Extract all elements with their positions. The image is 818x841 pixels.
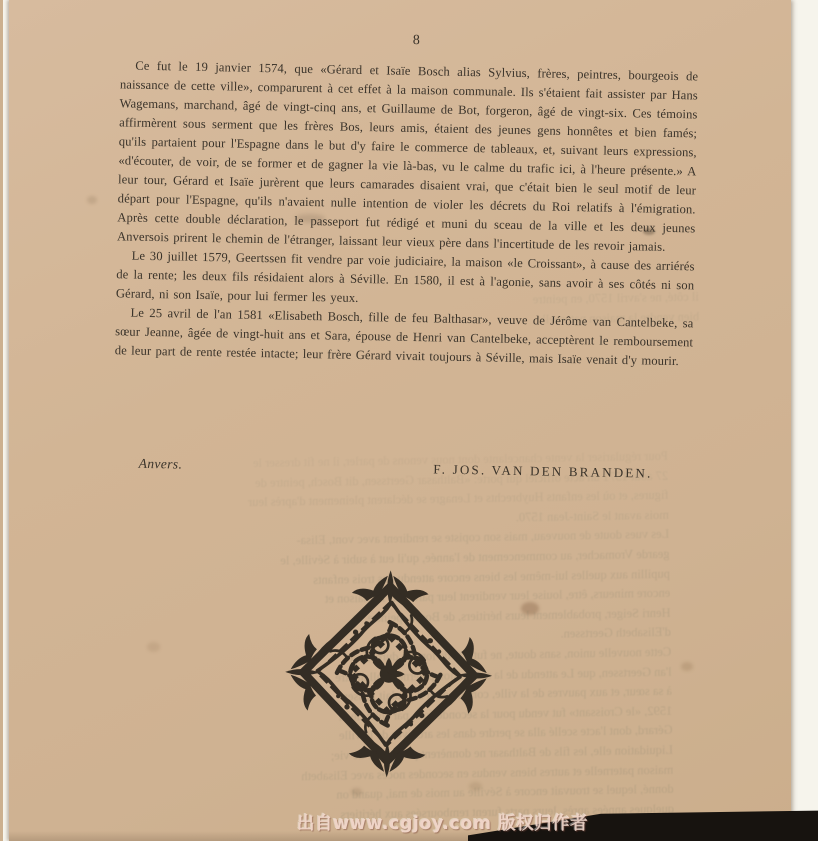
author-signature: F. JOS. VAN DEN BRANDEN. xyxy=(433,461,653,481)
printed-content: 8 Ce fut le 19 janvier 1574, que «Gérard… xyxy=(0,0,796,841)
text-line: Le 25 avril de l'an 1581 «Elisabeth Bosc… xyxy=(115,303,694,371)
dateline-place: Anvers. xyxy=(138,456,182,473)
text-line: Ce fut le 19 janvier 1574, que «Gérard e… xyxy=(117,56,699,257)
byline-row: Anvers. F. JOS. VAN DEN BRANDEN. xyxy=(138,456,652,482)
page-number: 8 xyxy=(387,32,447,49)
article-text: Ce fut le 19 janvier 1574, que «Gérard e… xyxy=(115,56,699,371)
paper-sheet: il côté, ne s'avril 1570, en peintrebien… xyxy=(9,0,791,841)
watermark-text: 出自www.cgjoy.com 版权归作者 xyxy=(297,810,588,835)
scanned-page: il côté, ne s'avril 1570, en peintrebien… xyxy=(0,0,818,841)
arabesque-tailpiece-ornament xyxy=(279,559,497,793)
